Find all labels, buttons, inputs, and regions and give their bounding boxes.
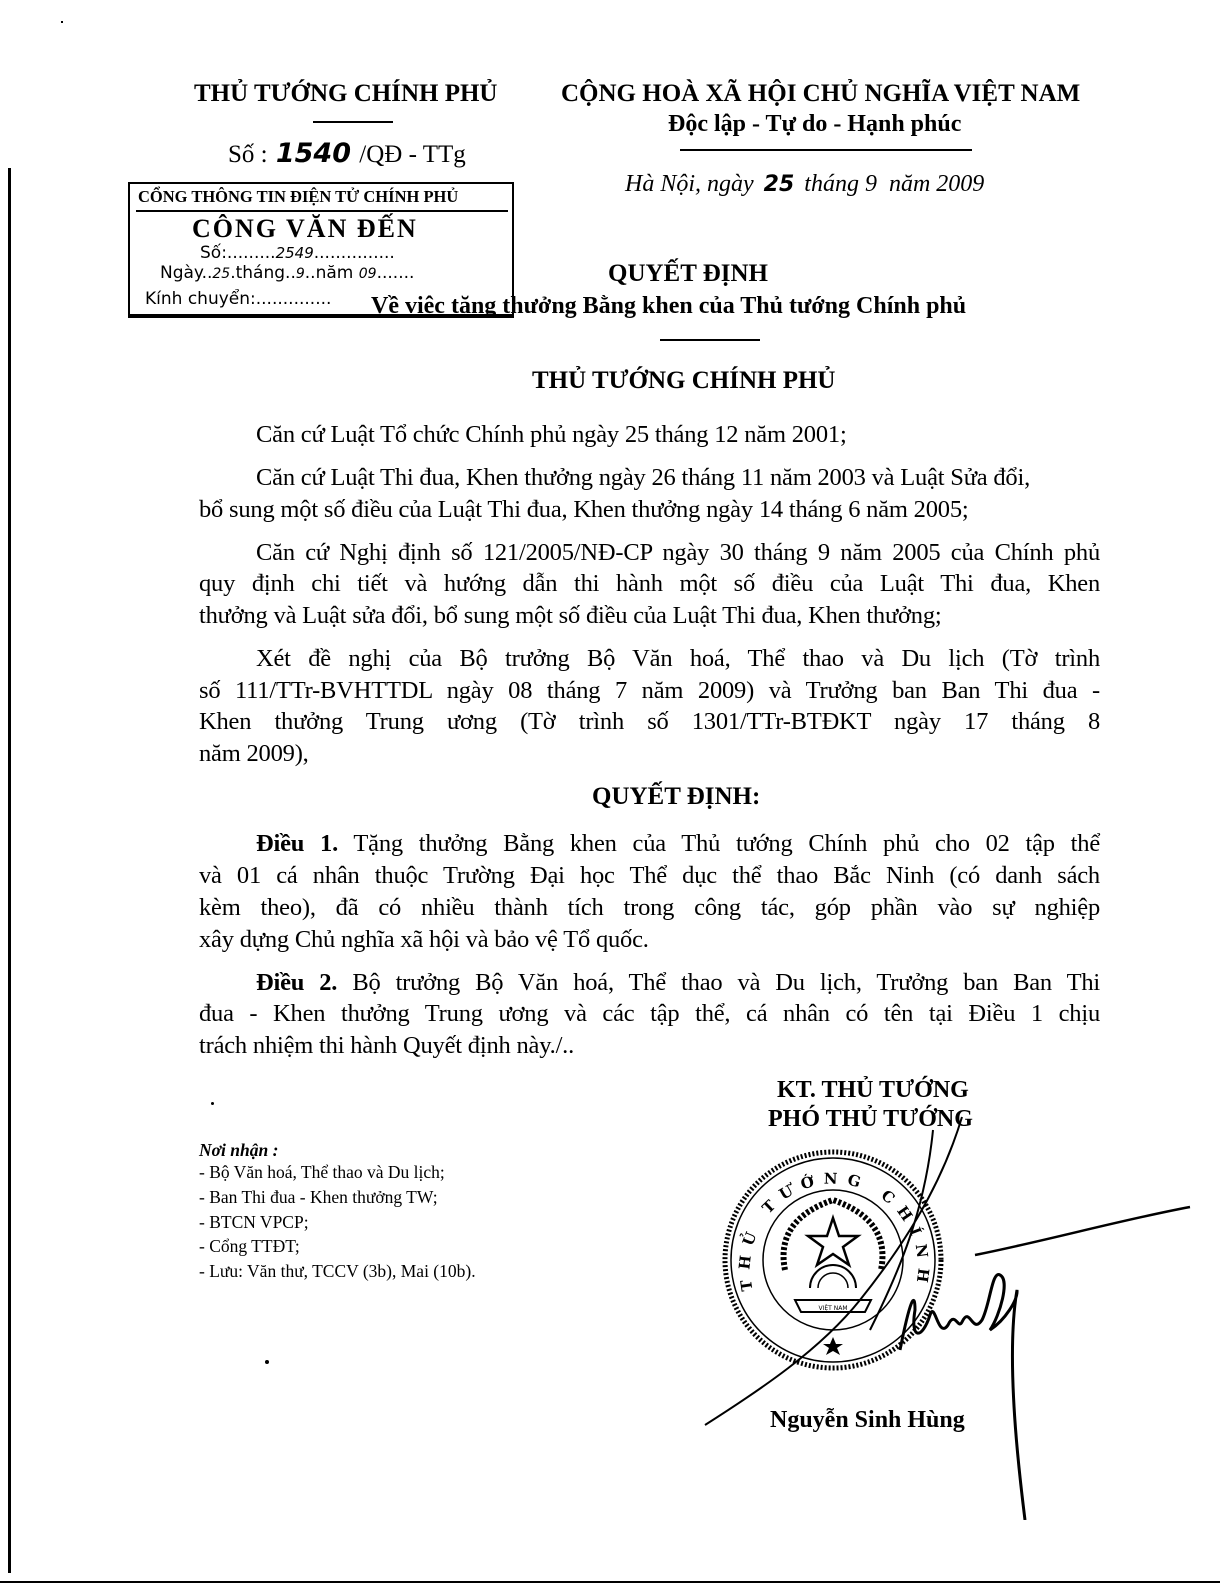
- stamp-date-row: Ngày..25.tháng..9..năm 09.......: [160, 263, 414, 283]
- article-1-line-2: và 01 cá nhân thuộc Trường Đại học Thể d…: [199, 862, 1100, 890]
- date-year: năm 2009: [889, 171, 984, 197]
- signer-name: Nguyễn Sinh Hùng: [770, 1407, 965, 1434]
- article-1-text-1: Tặng thưởng Bằng khen của Thủ tướng Chín…: [353, 830, 1100, 857]
- recipient-item: - Cổng TTĐT;: [199, 1234, 300, 1258]
- stamp-number-row: Số:.........2549...............: [200, 243, 395, 263]
- number-prefix: Số :: [228, 141, 268, 168]
- stamp-org: CỔNG THÔNG TIN ĐIỆN TỬ CHÍNH PHỦ: [138, 187, 458, 207]
- article-1-label: Điều 1.: [256, 830, 338, 857]
- preamble-3-line-3: thưởng và Luật sửa đổi, bổ sung một số đ…: [199, 602, 942, 630]
- stray-dot: [211, 1102, 214, 1105]
- article-1-line-4: xây dựng Chủ nghĩa xã hội và bảo vệ Tổ q…: [199, 926, 649, 954]
- recipient-item: - BTCN VPCP;: [199, 1210, 309, 1234]
- article-2-text-1: Bộ trưởng Bộ Văn hoá, Thể thao và Du lịc…: [352, 969, 1100, 996]
- subject-underline: [660, 339, 760, 341]
- subject-part2: thưởng Bằng khen của Thủ tướng Chính phủ: [502, 293, 966, 319]
- decision-subject: Về việc tặng thưởng Bằng khen của Thủ tư…: [371, 293, 966, 320]
- date-day-handwritten: 25: [764, 172, 795, 197]
- recipients-heading: Nơi nhận :: [199, 1138, 278, 1162]
- stamp-date-label: Ngày: [160, 263, 202, 283]
- agency-underline: [313, 121, 393, 123]
- stamp-date-day: 25: [212, 266, 230, 282]
- article-2-line-1: Điều 2. Bộ trưởng Bộ Văn hoá, Thể thao v…: [256, 969, 1100, 997]
- recipient-item: - Ban Thi đua - Khen thưởng TW;: [199, 1185, 438, 1209]
- stamp-date-month: 9: [296, 266, 305, 282]
- preamble-1-line-1: Căn cứ Luật Tổ chức Chính phủ ngày 25 th…: [256, 421, 847, 449]
- stamp-forward-label: Kính chuyển:: [145, 289, 256, 309]
- preamble-4-line-3: Khen thưởng Trung ương (Tờ trình số 1301…: [199, 708, 1100, 736]
- article-1-line-1: Điều 1. Tặng thưởng Bằng khen của Thủ tư…: [256, 830, 1100, 858]
- subject-part1: Về việc tặng: [371, 293, 496, 319]
- motto-underline: [680, 149, 972, 151]
- stamp-year-label: năm: [316, 263, 354, 283]
- number-suffix: /QĐ - TTg: [359, 141, 465, 168]
- handwritten-signature: Hùng: [700, 1100, 1200, 1520]
- decision-title: QUYẾT ĐỊNH: [608, 260, 768, 288]
- recipient-item: - Lưu: Văn thư, TCCV (3b), Mai (10b).: [199, 1259, 476, 1283]
- issuing-authority: THỦ TƯỚNG CHÍNH PHỦ: [532, 367, 836, 395]
- stamp-date-year: 09: [359, 266, 377, 282]
- date-prefix: Hà Nội, ngày: [625, 171, 754, 197]
- stamp-org-underline: [136, 210, 508, 212]
- preamble-3-line-2: quy định chi tiết và hướng dẫn thi hành …: [199, 570, 1100, 598]
- decides-heading: QUYẾT ĐỊNH:: [592, 783, 760, 811]
- scan-left-edge: [8, 168, 11, 1573]
- svg-text:Hùng: Hùng: [949, 1328, 953, 1331]
- stamp-forward-row: Kính chuyển:..............: [145, 289, 331, 309]
- article-2-label: Điều 2.: [256, 969, 337, 996]
- issuing-agency: THỦ TƯỚNG CHÍNH PHỦ: [194, 80, 498, 108]
- document-number: Số : 1540 /QĐ - TTg: [228, 138, 466, 169]
- number-handwritten: 1540: [276, 138, 351, 169]
- recipient-item: - Bộ Văn hoá, Thể thao và Du lịch;: [199, 1160, 445, 1184]
- date-month: tháng 9: [804, 171, 877, 197]
- article-2-line-3: trách nhiệm thi hành Quyết định này./..: [199, 1032, 574, 1060]
- article-1-line-3: kèm theo), đã có nhiều thành tích trong …: [199, 894, 1100, 922]
- stamp-title: CÔNG VĂN ĐẾN: [192, 214, 418, 244]
- preamble-4-line-4: năm 2009),: [199, 740, 309, 768]
- preamble-2-line-1: Căn cứ Luật Thi đua, Khen thưởng ngày 26…: [256, 464, 1030, 492]
- preamble-4-line-1: Xét đề nghị của Bộ trưởng Bộ Văn hoá, Th…: [256, 645, 1100, 673]
- stamp-number-value: 2549: [276, 244, 314, 262]
- stamp-number-label: Số:: [200, 243, 227, 263]
- preamble-3-line-1: Căn cứ Nghị định số 121/2005/NĐ-CP ngày …: [256, 539, 1100, 567]
- national-title: CỘNG HOÀ XÃ HỘI CHỦ NGHĨA VIỆT NAM: [561, 80, 1080, 108]
- preamble-4-line-2: số 111/TTr-BVHTTDL ngày 08 tháng 7 năm 2…: [199, 677, 1100, 705]
- national-motto: Độc lập - Tự do - Hạnh phúc: [668, 111, 961, 138]
- stamp-month-label: tháng: [236, 263, 285, 283]
- scan-speck: [61, 21, 63, 23]
- preamble-2-line-2: bổ sung một số điều của Luật Thi đua, Kh…: [199, 496, 969, 524]
- issue-date: Hà Nội, ngày 25 tháng 9 năm 2009: [625, 171, 984, 198]
- stray-dot: [265, 1360, 269, 1364]
- article-2-line-2: đua - Khen thưởng Trung ương và các tập …: [199, 1000, 1100, 1028]
